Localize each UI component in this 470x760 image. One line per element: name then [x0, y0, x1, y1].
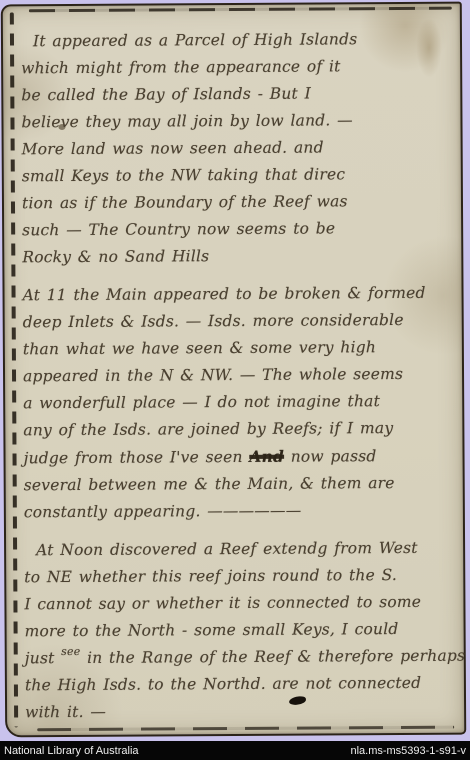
page-edge-bottom	[37, 726, 454, 732]
manuscript-line: a wonderfull place — I do not imagine th…	[23, 388, 452, 418]
manuscript-text: It appeared as a Parcel of High Islands …	[21, 26, 454, 727]
manuscript-line: It appeared as a Parcel of High Islands	[21, 26, 450, 56]
footer-image-id: nla.ms-ms5393-1-s91-v	[350, 745, 466, 757]
manuscript-line: deep Inlets & Isds. — Isds. more conside…	[23, 307, 452, 337]
manuscript-line: believe they may all join by low land. —	[21, 107, 450, 137]
line-post: in the Range of the Reef & therefore per…	[80, 647, 465, 667]
line-pre: judge from those I've seen	[23, 448, 249, 467]
manuscript-line: to NE whether this reef joins round to t…	[24, 562, 453, 592]
manuscript-line: which might from the appearance of it	[21, 53, 450, 83]
footer-bar: National Library of Australia nla.ms-ms5…	[0, 741, 470, 760]
line-pre: just	[25, 649, 62, 667]
manuscript-line: appeared in the N & NW. — The whole seem…	[23, 361, 452, 391]
manuscript-line: be called the Bay of Islands - But I	[21, 80, 450, 110]
manuscript-line: constantly appearing. ——————	[24, 497, 453, 527]
struck-word: And	[249, 447, 284, 466]
manuscript-line-with-insertion: just see in the Range of the Reef & ther…	[25, 643, 454, 673]
manuscript-line-with-strikeout: judge from those I've seen And now passd	[23, 442, 452, 473]
manuscript-line: the High Isds. to the Northd. are not co…	[25, 670, 454, 700]
manuscript-line: At 11 the Main appeared to be broken & f…	[22, 280, 451, 310]
manuscript-line: any of the Isds. are joined by Reefs; if…	[23, 415, 452, 445]
page-edge-top	[29, 7, 452, 13]
manuscript-line: At Noon discovered a Reef extendg from W…	[24, 535, 453, 565]
manuscript-line: I cannot say or whether it is connected …	[24, 589, 453, 619]
manuscript-line: such — The Country now seems to be	[22, 215, 451, 245]
viewer-frame: It appeared as a Parcel of High Islands …	[0, 0, 470, 760]
manuscript-line: several between me & the Main, & them ar…	[24, 470, 453, 500]
manuscript-line: than what we have seen & some very high	[23, 334, 452, 364]
manuscript-line: More land was now seen ahead. and	[22, 134, 451, 164]
manuscript-line: more to the North - some small Keys, I c…	[25, 616, 454, 646]
manuscript-line: small Keys to the NW taking that direc	[22, 161, 451, 191]
manuscript-line: tion as if the Boundary of the Reef was	[22, 188, 451, 218]
page-binding-edge	[10, 12, 18, 727]
line-post: now passd	[284, 447, 377, 466]
inserted-word: see	[61, 645, 80, 658]
manuscript-line: with it. —	[25, 697, 454, 727]
manuscript-page: It appeared as a Parcel of High Islands …	[1, 2, 466, 738]
footer-library-name: National Library of Australia	[4, 745, 139, 757]
manuscript-line: Rocky & no Sand Hills	[22, 242, 451, 272]
